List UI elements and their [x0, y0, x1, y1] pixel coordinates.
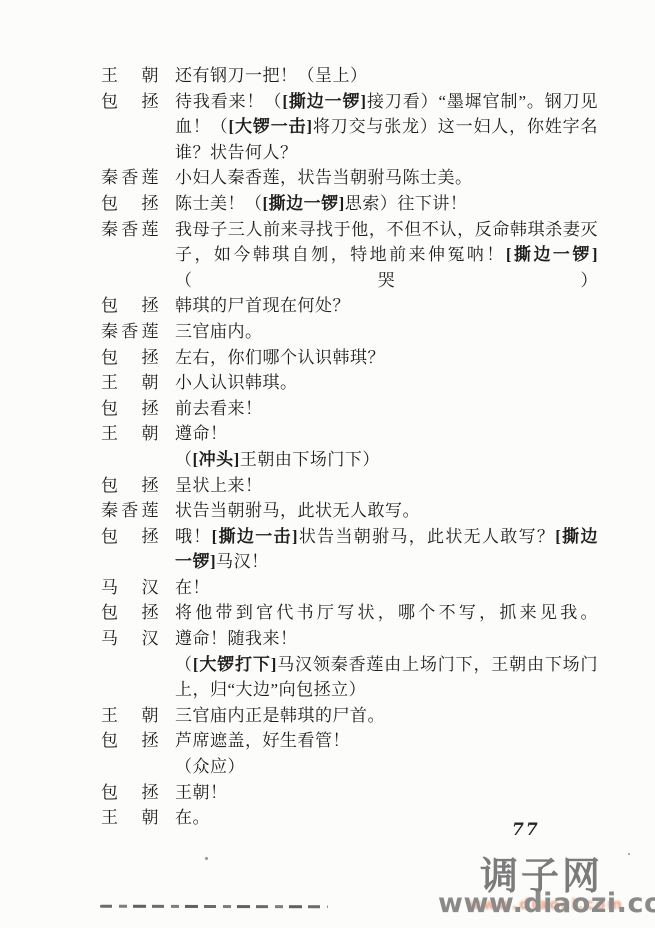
speaker-label: 包 拯 [101, 600, 159, 626]
speaker-label: 秦香莲 [101, 319, 159, 345]
speaker-label [101, 754, 159, 780]
script-line: 王 朝三官庙内正是韩琪的尸首。 [101, 703, 598, 729]
dialogue-segment: （ [175, 450, 193, 469]
dialogue-text: 前去看来！ [175, 396, 598, 422]
speaker-label: 包 拯 [101, 396, 159, 422]
speaker-label: 王 朝 [101, 421, 159, 447]
dialogue-text: 待我看来！（[撕边一锣]接刀看）“墨墀官制”。钢刀见 [175, 89, 598, 115]
dialogue-text: 小人认识韩琪。 [175, 370, 598, 396]
script-line: 马 汉遵命！随我来！ [101, 626, 598, 652]
dialogue-text: 三官庙内正是韩琪的尸首。 [175, 703, 598, 729]
stage-direction: [冲头] [193, 450, 240, 469]
dialogue-segment: 将刀交与张龙）这一妇人，你姓字名 [313, 117, 598, 136]
dialogue-segment: 遵命！随我来！ [175, 629, 298, 648]
stage-direction: [撕边一锣] [506, 245, 598, 264]
dialogue-text: 芦席遮盖，好生看管！ [175, 728, 598, 754]
speaker-label: 包 拯 [101, 780, 159, 806]
script-line: 马 汉在！ [101, 575, 598, 601]
dialogue-segment: 小人认识韩琪。 [175, 373, 298, 392]
dialogue-segment: 状告当朝驸马，此状无人敢写？ [298, 527, 555, 546]
dialogue-segment: 遵命！ [175, 424, 228, 443]
speaker-label: 包 拯 [101, 473, 159, 499]
script-line: 血！（[大锣一击]将刀交与张龙）这一妇人，你姓字名 [101, 114, 598, 140]
dialogue-text: 三官庙内。 [175, 319, 598, 345]
script-line: 秦香莲三官庙内。 [101, 319, 598, 345]
script-line: 包 拯将他带到官代书厅写状，哪个不写，抓来见我。 [101, 600, 598, 626]
dialogue-segment: 血！（ [175, 117, 229, 136]
dialogue-segment: 左右，你们哪个认识韩琪？ [175, 348, 385, 367]
speaker-label: 王 朝 [101, 63, 159, 89]
script-line: 谁？状告何人？ [101, 140, 598, 166]
speaker-label: 王 朝 [101, 703, 159, 729]
script-line: 子，如今韩琪自刎，特地前来伸冤呐！[撕边一锣]（哭） [101, 242, 598, 293]
speaker-label: 马 汉 [101, 626, 159, 652]
dialogue-segment: 上，归“大边”向包拯立） [175, 680, 366, 699]
dialogue-text: 王朝！ [175, 780, 598, 806]
speaker-label: 秦香莲 [101, 165, 159, 191]
script-line: （众应） [101, 754, 598, 780]
script-line: 一锣]马汉！ [101, 549, 598, 575]
dialogue-segment: 在。 [175, 808, 210, 827]
script-line: 王 朝遵命！ [101, 421, 598, 447]
speaker-label: 马 汉 [101, 575, 159, 601]
speaker-label: 秦香莲 [101, 498, 159, 524]
dialogue-text: 韩琪的尸首现在何处？ [175, 293, 598, 319]
dialogue-segment: 芦席遮盖，好生看管！ [175, 731, 350, 750]
script-body: 王 朝还有钢刀一把！（呈上）包 拯待我看来！（[撕边一锣]接刀看）“墨墀官制”。… [101, 63, 598, 831]
page-number: 77 [512, 820, 540, 840]
script-line: （[冲头]王朝由下场门下） [101, 447, 598, 473]
dialogue-text: 呈状上来！ [175, 473, 598, 499]
dialogue-text: 遵命！随我来！ [175, 626, 598, 652]
dialogue-text: 谁？状告何人？ [175, 140, 598, 166]
dialogue-segment: 三官庙内。 [175, 322, 263, 341]
speaker-label: 王 朝 [101, 370, 159, 396]
dialogue-text: 陈士美！（[撕边一锣]思索）往下讲！ [175, 191, 598, 217]
dialogue-segment: 王朝由下场门下） [240, 450, 380, 469]
dialogue-segment: 谁？状告何人？ [175, 143, 298, 162]
dialogue-segment: 三官庙内正是韩琪的尸首。 [175, 706, 385, 725]
speaker-label: 包 拯 [101, 345, 159, 371]
scan-speck [628, 853, 630, 855]
speaker-label [101, 447, 159, 473]
script-line: 王 朝还有钢刀一把！（呈上） [101, 63, 598, 89]
dialogue-segment: 韩琪的尸首现在何处？ [175, 296, 350, 315]
speaker-label [101, 242, 159, 293]
dialogue-text: 还有钢刀一把！（呈上） [175, 63, 598, 89]
dialogue-text: 子，如今韩琪自刎，特地前来伸冤呐！[撕边一锣]（哭） [175, 242, 598, 293]
dialogue-segment: 马汉领秦香莲由上场门下，王朝由下场门 [277, 655, 598, 674]
script-line: 秦香莲我母子三人前来寻找于他，不但不认，反命韩琪杀妻灭 [101, 217, 598, 243]
stage-direction: [撕边 [555, 527, 598, 546]
scan-artifact-line [100, 905, 328, 909]
script-line: 包 拯韩琪的尸首现在何处？ [101, 293, 598, 319]
stage-direction: [撕边一锣] [263, 194, 345, 213]
speaker-label [101, 549, 159, 575]
dialogue-segment: 王朝！ [175, 783, 228, 802]
dialogue-text: 小妇人秦香莲，状告当朝驸马陈士美。 [175, 165, 598, 191]
stage-direction: [撕边一击] [212, 527, 298, 546]
dialogue-text: 左右，你们哪个认识韩琪？ [175, 345, 598, 371]
dialogue-text: 将他带到官代书厅写状，哪个不写，抓来见我。 [175, 600, 598, 626]
dialogue-segment: 前去看来！ [175, 399, 263, 418]
stage-direction: [撕边一锣] [282, 92, 366, 111]
dialogue-segment: 接刀看）“墨墀官制”。钢刀见 [367, 92, 598, 111]
dialogue-text: 一锣]马汉！ [175, 549, 598, 575]
dialogue-segment: 在！ [175, 578, 210, 597]
watermark-site-url: www.diaozi.com [438, 888, 655, 919]
dialogue-text: 上，归“大边”向包拯立） [175, 677, 598, 703]
dialogue-segment: （哭） [175, 271, 598, 290]
dialogue-segment: 陈士美！（ [175, 194, 263, 213]
speaker-label: 王 朝 [101, 805, 159, 831]
scanned-script-page: { "document": { "page_number": "77", "sc… [0, 0, 655, 928]
speaker-label [101, 140, 159, 166]
stage-direction: [大锣打下] [193, 655, 277, 674]
dialogue-segment: 呈状上来！ [175, 476, 263, 495]
dialogue-segment: 待我看来！（ [175, 92, 282, 111]
script-line: 上，归“大边”向包拯立） [101, 677, 598, 703]
script-line: 包 拯前去看来！ [101, 396, 598, 422]
dialogue-text: 我母子三人前来寻找于他，不但不认，反命韩琪杀妻灭 [175, 217, 598, 243]
speaker-label [101, 652, 159, 678]
script-line: 秦香莲小妇人秦香莲，状告当朝驸马陈士美。 [101, 165, 598, 191]
script-line: 包 拯左右，你们哪个认识韩琪？ [101, 345, 598, 371]
script-line: 包 拯陈士美！（[撕边一锣]思索）往下讲！ [101, 191, 598, 217]
speaker-label: 包 拯 [101, 293, 159, 319]
dialogue-segment: 将他带到官代书厅写状，哪个不写，抓来见我。 [175, 603, 598, 622]
dialogue-segment: 我母子三人前来寻找于他，不但不认，反命韩琪杀妻灭 [175, 220, 598, 239]
stage-direction: [大锣一击] [229, 117, 313, 136]
dialogue-text: （[大锣打下]马汉领秦香莲由上场门下，王朝由下场门 [175, 652, 598, 678]
dialogue-segment: 马汉！ [216, 552, 269, 571]
dialogue-segment: 还有钢刀一把！（呈上） [175, 66, 368, 85]
script-line: 包 拯待我看来！（[撕边一锣]接刀看）“墨墀官制”。钢刀见 [101, 89, 598, 115]
script-line: 包 拯哦！[撕边一击]状告当朝驸马，此状无人敢写？[撕边 [101, 524, 598, 550]
script-line: 包 拯呈状上来！ [101, 473, 598, 499]
dialogue-text: 哦！[撕边一击]状告当朝驸马，此状无人敢写？[撕边 [175, 524, 598, 550]
dialogue-text: 在！ [175, 575, 598, 601]
scan-speck [205, 857, 208, 860]
script-line: 王 朝小人认识韩琪。 [101, 370, 598, 396]
speaker-label [101, 114, 159, 140]
dialogue-text: 血！（[大锣一击]将刀交与张龙）这一妇人，你姓字名 [175, 114, 598, 140]
dialogue-text: 状告当朝驸马，此状无人敢写。 [175, 498, 598, 524]
speaker-label: 包 拯 [101, 524, 159, 550]
speaker-label: 包 拯 [101, 728, 159, 754]
speaker-label: 包 拯 [101, 89, 159, 115]
dialogue-segment: 状告当朝驸马，此状无人敢写。 [175, 501, 420, 520]
dialogue-segment: 子，如今韩琪自刎，特地前来伸冤呐！ [175, 245, 506, 264]
script-line: 包 拯芦席遮盖，好生看管！ [101, 728, 598, 754]
speaker-label: 秦香莲 [101, 217, 159, 243]
speaker-label: 包 拯 [101, 191, 159, 217]
dialogue-segment: 哦！ [175, 527, 212, 546]
dialogue-segment: 思索）往下讲！ [345, 194, 468, 213]
speaker-label [101, 677, 159, 703]
dialogue-segment: （ [175, 655, 193, 674]
dialogue-segment: 小妇人秦香莲，状告当朝驸马陈士美。 [175, 168, 473, 187]
stage-direction: 一锣] [175, 552, 216, 571]
dialogue-segment: （众应） [175, 757, 245, 776]
dialogue-text: （众应） [175, 754, 598, 780]
dialogue-text: （[冲头]王朝由下场门下） [175, 447, 598, 473]
script-line: 秦香莲状告当朝驸马，此状无人敢写。 [101, 498, 598, 524]
dialogue-text: 遵命！ [175, 421, 598, 447]
script-line: 包 拯王朝！ [101, 780, 598, 806]
script-line: （[大锣打下]马汉领秦香莲由上场门下，王朝由下场门 [101, 652, 598, 678]
